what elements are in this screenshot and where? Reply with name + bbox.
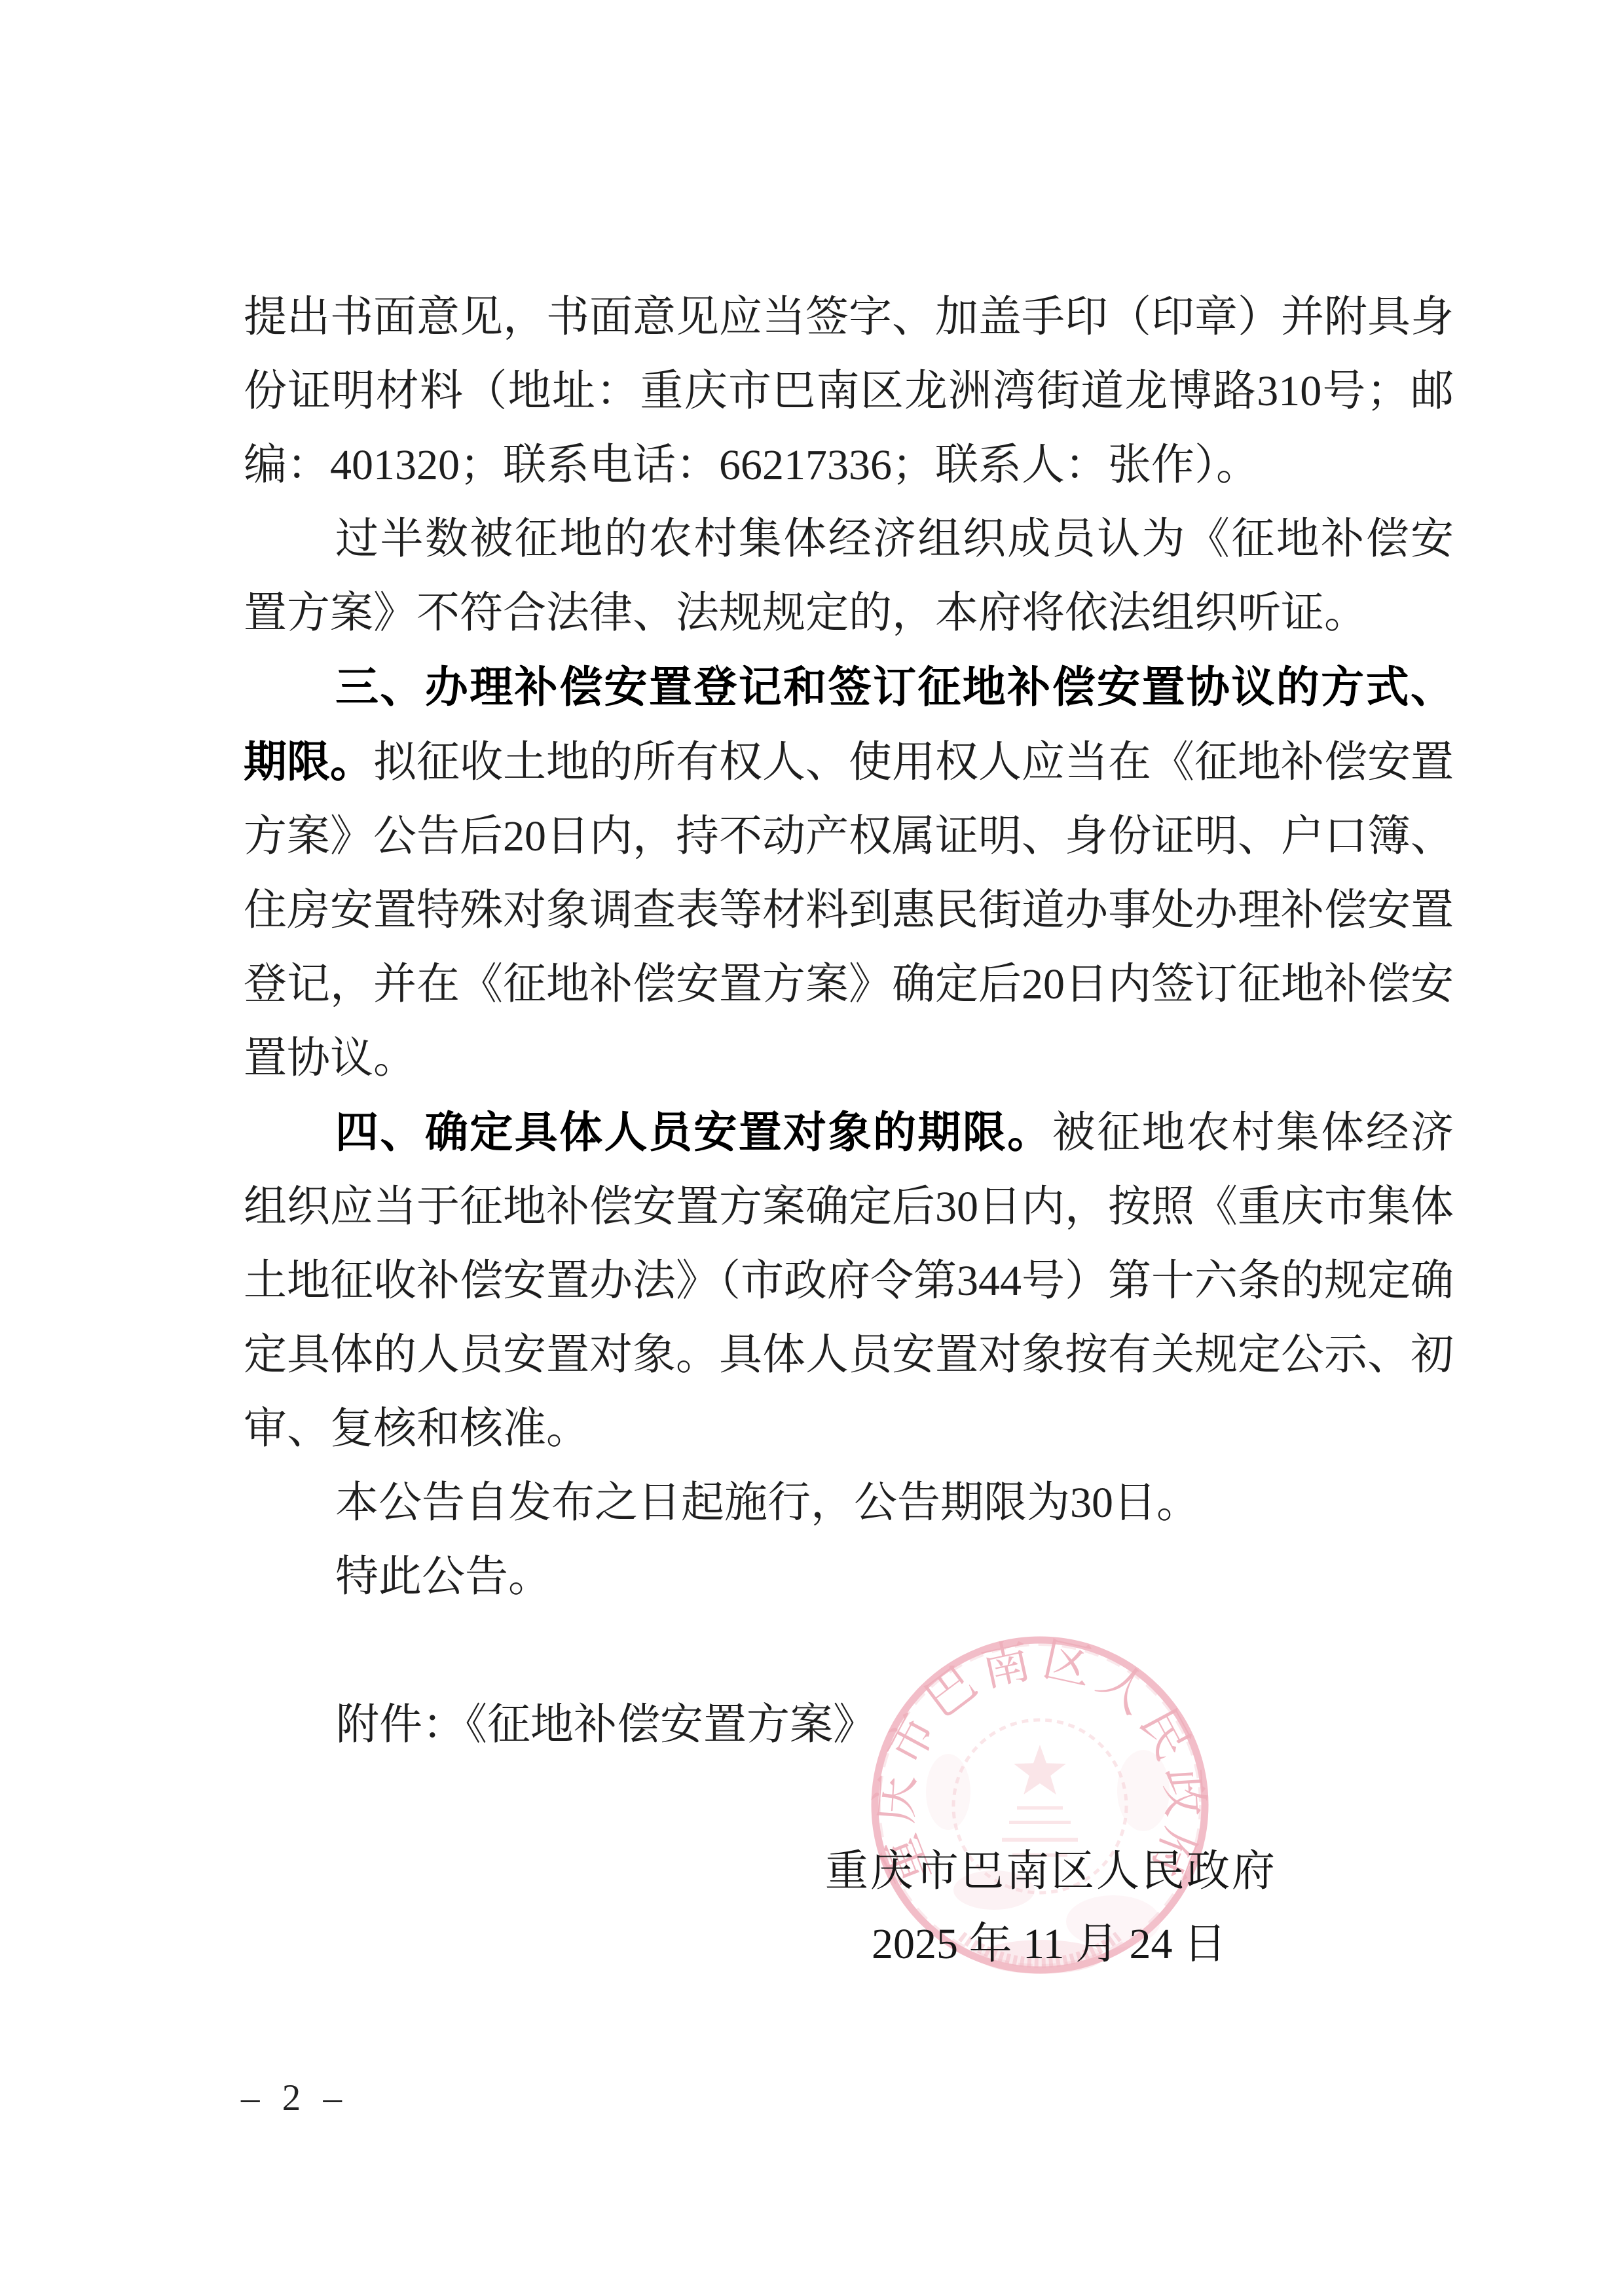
paragraph-text: 过半数被征地的农村集体经济组织成员认为《征地补偿安置方案》不符合法律、法规规定的…	[244, 515, 1454, 637]
paragraph-section-4: 四、确定具体人员安置对象的期限。被征地农村集体经济组织应当于征地补偿安置方案确定…	[244, 1095, 1454, 1466]
paragraph-hearing: 过半数被征地的农村集体经济组织成员认为《征地补偿安置方案》不符合法律、法规规定的…	[244, 502, 1454, 650]
star-icon	[1014, 1745, 1066, 1795]
paragraph-text: 拟征收土地的所有权人、使用权人应当在《征地补偿安置方案》公告后20日内，持不动产…	[244, 738, 1454, 1082]
signature-date: 2025 年 11 月 24 日	[872, 1908, 1227, 1971]
paragraph-text: 被征地农村集体经济组织应当于征地补偿安置方案确定后30日内，按照《重庆市集体土地…	[244, 1109, 1454, 1453]
paragraph-section-3: 三、办理补偿安置登记和签订征地补偿安置协议的方式、期限。拟征收土地的所有权人、使…	[244, 650, 1454, 1095]
page-number: – 2 –	[241, 2077, 348, 2119]
document-body: 提出书面意见，书面意见应当签字、加盖手印（印章）并附具身份证明材料（地址：重庆市…	[244, 280, 1454, 1614]
paragraph-text: 本公告自发布之日起施行，公告期限为30日。	[335, 1479, 1200, 1527]
paragraph-text: 特此公告。	[335, 1553, 551, 1601]
paragraph-continuation: 提出书面意见，书面意见应当签字、加盖手印（印章）并附具身份证明材料（地址：重庆市…	[244, 280, 1454, 502]
paragraph-effective-period: 本公告自发布之日起施行，公告期限为30日。	[244, 1466, 1454, 1540]
document-page: 重庆市巴南区人民政府 提出书面意见，书面意见应当签字、加盖手印（印章）并附具身份…	[0, 0, 1624, 2296]
paragraph-closing: 特此公告。	[244, 1540, 1454, 1614]
signature-issuer: 重庆市巴南区人民政府	[825, 1836, 1277, 1898]
paragraph-text: 提出书面意见，书面意见应当签字、加盖手印（印章）并附具身份证明材料（地址：重庆市…	[244, 293, 1454, 489]
section-heading-4: 四、确定具体人员安置对象的期限。	[335, 1108, 1052, 1156]
attachment-line: 附件：《征地补偿安置方案》	[336, 1689, 876, 1751]
